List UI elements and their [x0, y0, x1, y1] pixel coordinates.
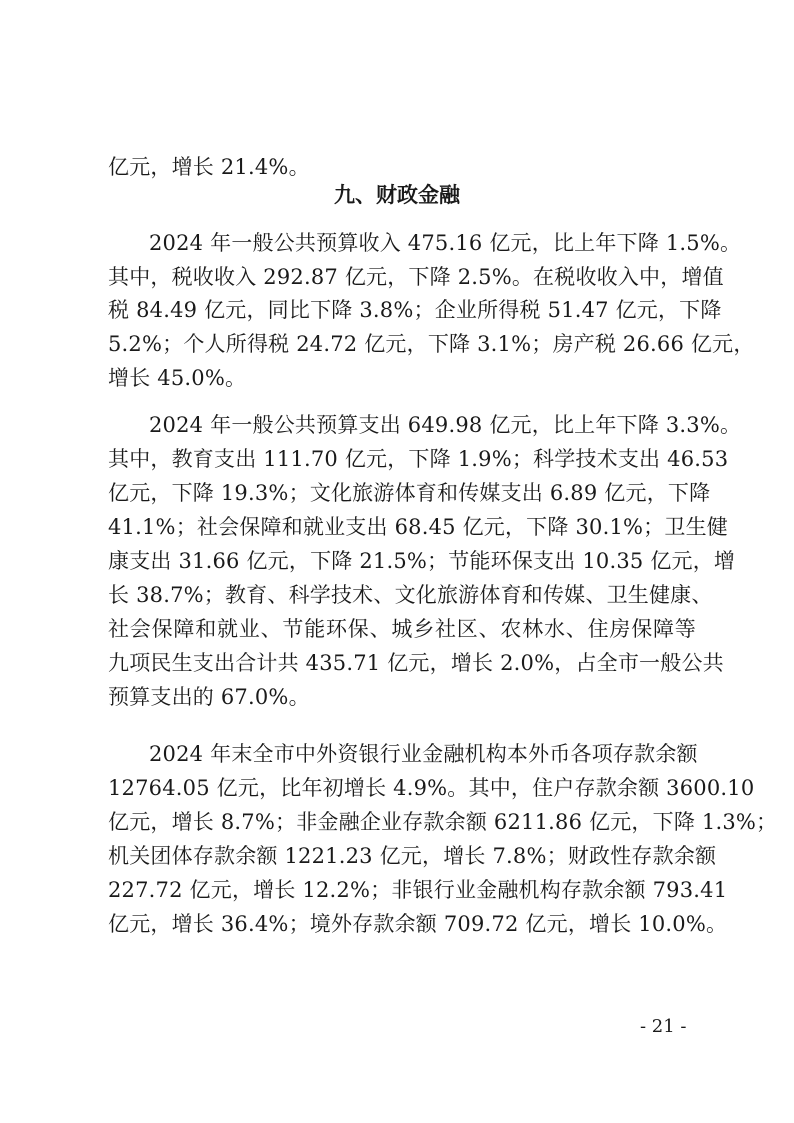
text-line: 长 38.7%；教育、科学技术、文化旅游体育和传媒、卫生健康、 [108, 581, 696, 609]
carryover-text: 亿元，增长 21.4%。 [108, 153, 696, 181]
text-line: 2024 年一般公共预算收入 475.16 亿元，比上年下降 1.5%。 [149, 229, 696, 257]
text-line: 2024 年末全市中外资银行业金融机构本外币各项存款余额 [149, 740, 696, 768]
text-line: 其中，教育支出 111.70 亿元，下降 1.9%；科学技术支出 46.53 [108, 445, 696, 473]
text-line: 5.2%；个人所得税 24.72 亿元，下降 3.1%；房产税 26.66 亿元… [108, 330, 696, 358]
text-line: 税 84.49 亿元，同比下降 3.8%；企业所得税 51.47 亿元，下降 [108, 296, 696, 324]
text-line: 机关团体存款余额 1221.23 亿元，增长 7.8%；财政性存款余额 [108, 842, 696, 870]
text-line: 亿元，下降 19.3%；文化旅游体育和传媒支出 6.89 亿元，下降 [108, 479, 696, 507]
page-number: - 21 - [640, 1015, 687, 1039]
text-line: 增长 45.0%。 [108, 364, 696, 392]
text-line: 亿元，增长 36.4%；境外存款余额 709.72 亿元，增长 10.0%。 [108, 910, 696, 938]
text-line: 亿元，增长 8.7%；非金融企业存款余额 6211.86 亿元，下降 1.3%； [108, 808, 696, 836]
text-line: 预算支出的 67.0%。 [108, 683, 696, 711]
text-line: 12764.05 亿元，比年初增长 4.9%。其中，住户存款余额 3600.10 [108, 774, 696, 802]
text-line: 康支出 31.66 亿元，下降 21.5%；节能环保支出 10.35 亿元，增 [108, 547, 696, 575]
text-line: 41.1%；社会保障和就业支出 68.45 亿元，下降 30.1%；卫生健 [108, 513, 696, 541]
text-line: 社会保障和就业、节能环保、城乡社区、农林水、住房保障等 [108, 615, 696, 643]
text-line: 227.72 亿元，增长 12.2%；非银行业金融机构存款余额 793.41 [108, 876, 696, 904]
section-heading: 九、财政金融 [0, 181, 794, 209]
text-line: 其中，税收收入 292.87 亿元，下降 2.5%。在税收收入中，增值 [108, 263, 696, 291]
text-line: 九项民生支出合计共 435.71 亿元，增长 2.0%，占全市一般公共 [108, 649, 696, 677]
text-line: 2024 年一般公共预算支出 649.98 亿元，比上年下降 3.3%。 [149, 411, 696, 439]
